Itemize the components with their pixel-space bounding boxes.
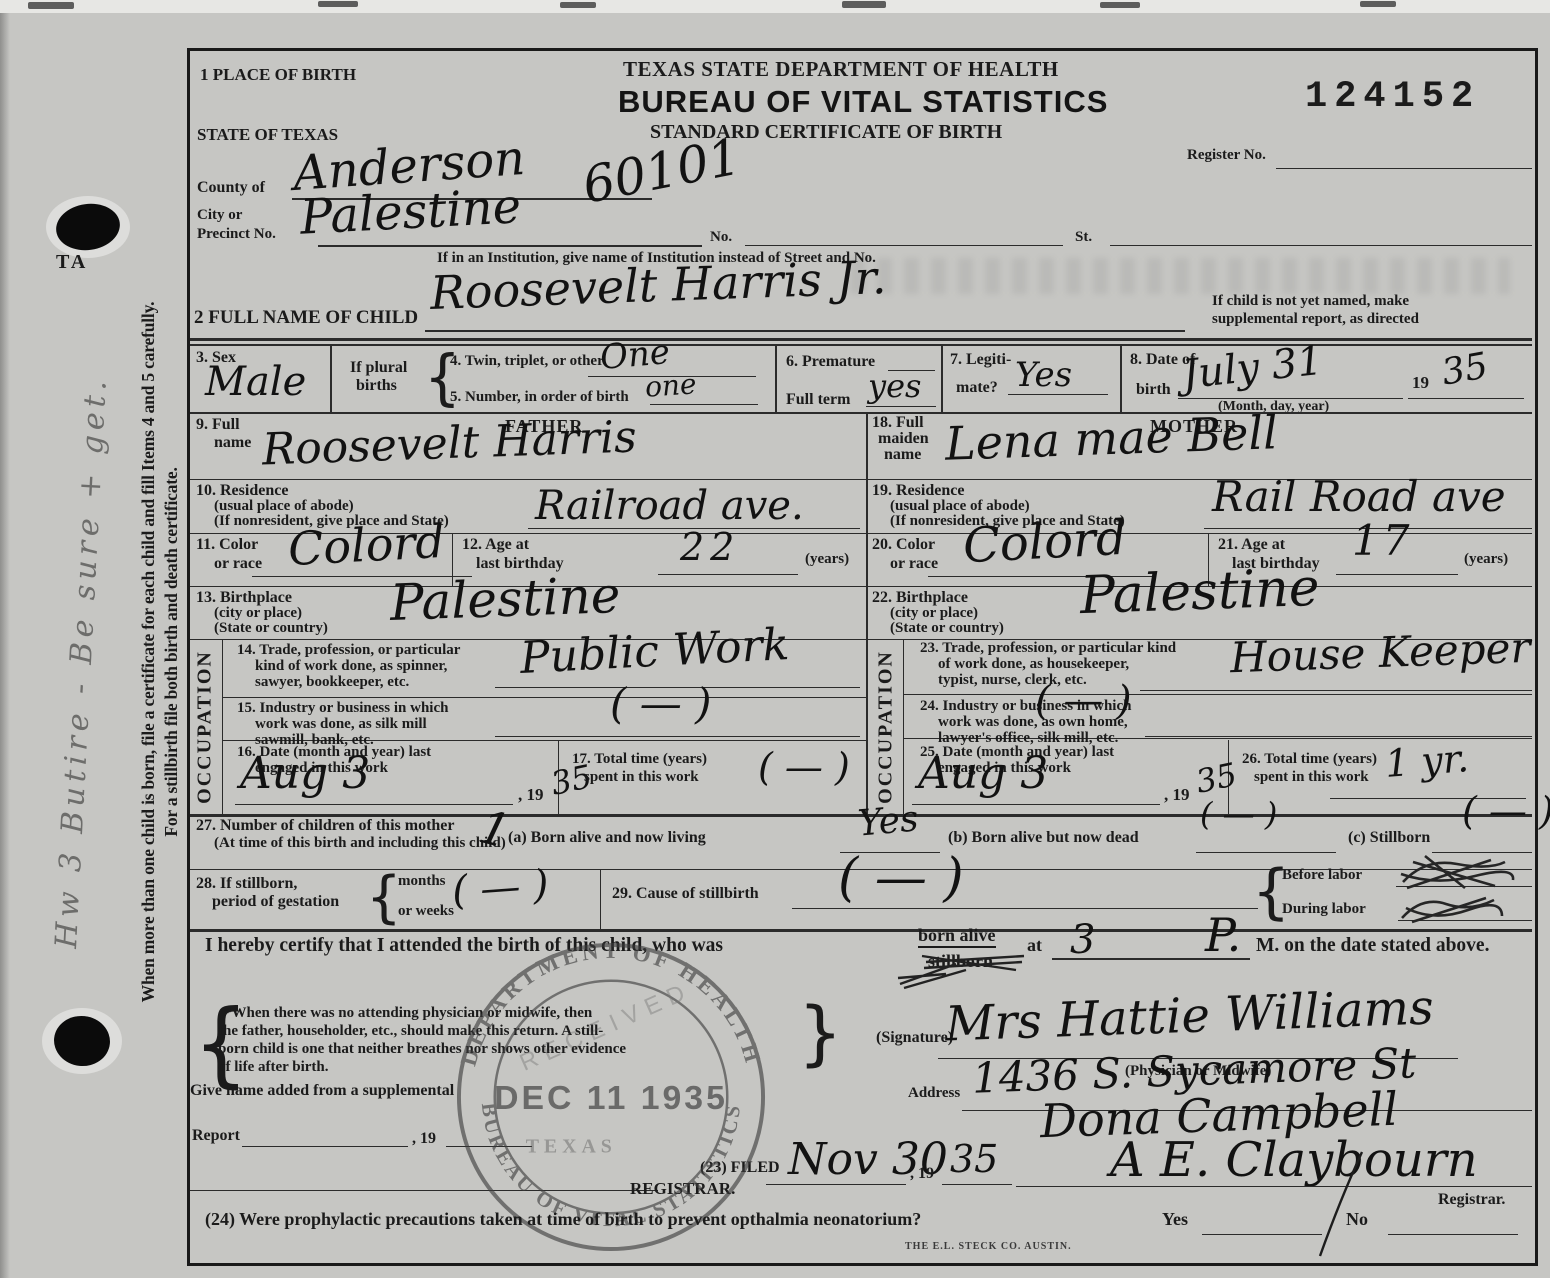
ink-ghost-band — [850, 258, 1510, 294]
father-residence-value: Railroad ave. — [535, 486, 804, 526]
dob-label-2: birth — [1136, 382, 1171, 399]
children-b-line — [1196, 852, 1336, 853]
children-b-value: ( — ) — [1200, 798, 1277, 830]
mother-birthplace-label-3: (State or country) — [890, 621, 1004, 637]
filed-line — [766, 1184, 906, 1185]
stamp-received-text: RECEIVED — [516, 977, 696, 1077]
full-term-line — [866, 406, 936, 407]
father-age-units: (years) — [805, 552, 849, 568]
cause-value: ( — ) — [838, 852, 964, 904]
mother-date-year-value: 35 — [1193, 758, 1239, 798]
father-age-label-1: 12. Age at — [462, 537, 529, 554]
pen-descender-stroke — [1310, 1150, 1370, 1260]
department-title: TEXAS STATE DEPARTMENT OF HEALTH — [623, 58, 1059, 80]
children-label-2: (At time of this birth and including thi… — [214, 836, 506, 852]
father-color-label-1: 11. Color — [196, 537, 258, 554]
street-label: St. — [1075, 230, 1092, 246]
father-color-label-2: or race — [214, 556, 262, 573]
father-total-label-2: spent in this work — [584, 770, 699, 786]
mother-occupation-label: OCCUPATION — [876, 650, 897, 804]
twin-label: 4. Twin, triplet, or other — [450, 354, 604, 370]
child-name-label: 2 FULL NAME OF CHILD — [194, 308, 418, 328]
house-no-line — [745, 245, 1063, 246]
mother-name-label-3: name — [884, 447, 921, 464]
q24-yes-label: Yes — [1162, 1210, 1188, 1229]
mother-residence-value: Rail Road ave — [1212, 476, 1506, 518]
mother-date-year-printed: , 19 — [1164, 786, 1190, 804]
occupation-strip-border-father — [222, 639, 223, 814]
father-occupation-label: OCCUPATION — [195, 650, 216, 804]
state-label: STATE OF TEXAS — [197, 126, 338, 144]
rule-row28-bottom — [190, 929, 1532, 932]
father-industry-value: ( — ) — [610, 683, 711, 725]
report-line — [242, 1146, 408, 1147]
city-value: Palestine — [299, 182, 522, 242]
dob-year-printed: 19 — [1412, 374, 1429, 392]
mother-total-label-2: spent in this work — [1254, 770, 1369, 786]
svg-text:DEPARTMENT OF HEALTH: DEPARTMENT OF HEALTH — [456, 938, 767, 1069]
legitimate-line — [1008, 394, 1108, 395]
edge-speck — [318, 1, 358, 7]
premature-label: 6. Premature — [786, 354, 875, 371]
before-labor-scribble — [1395, 852, 1535, 892]
scanner-left-shadow — [0, 13, 10, 1278]
rule-row3-bottom — [190, 412, 1532, 414]
children-a-value: Yes — [857, 801, 920, 842]
child-name-line — [425, 330, 1185, 332]
city-line — [318, 245, 702, 247]
edge-speck — [1100, 2, 1140, 8]
months-label: months — [398, 874, 446, 890]
father-name-value: Roosevelt Harris — [261, 415, 637, 472]
edge-speck — [560, 2, 596, 8]
signature-label: (Signature) — [876, 1030, 953, 1047]
mother-name-value: Lena mae Bell — [944, 409, 1278, 467]
hole-text-fragment: TA — [56, 252, 88, 273]
rule — [222, 697, 866, 698]
children-a-label: (a) Born alive and now living — [508, 830, 706, 847]
divider — [1120, 346, 1122, 413]
father-age-line — [658, 574, 798, 575]
edge-speck — [842, 1, 886, 8]
mother-total-label-1: 26. Total time (years) — [1242, 752, 1377, 768]
unnamed-note-1: If child is not yet named, make — [1212, 294, 1409, 310]
place-of-birth-label: 1 PLACE OF BIRTH — [200, 66, 356, 84]
rule — [903, 694, 1532, 695]
sex-value: Male — [205, 362, 306, 402]
mother-trade-label-2: of work done, as housekeeper, — [938, 657, 1129, 673]
before-labor-label: Before labor — [1282, 868, 1362, 884]
q24-no-label: No — [1346, 1210, 1368, 1229]
scanner-top-strip — [0, 0, 1550, 13]
mother-age-line — [1336, 574, 1458, 575]
full-term-value: yes — [868, 370, 921, 402]
father-name-label-1: 9. Full — [196, 417, 240, 434]
father-total-label-1: 17. Total time (years) — [572, 752, 707, 768]
father-color-value: Colord — [287, 518, 446, 572]
plural-label-1: If plural — [350, 360, 407, 377]
footnote-brace-close: } — [798, 998, 843, 1068]
meridiem-value: P. — [1205, 912, 1241, 958]
weeks-label: or weeks — [398, 904, 454, 920]
occupation-strip-border-mother — [903, 639, 904, 814]
edge-speck — [28, 2, 74, 9]
pencil-margin-note: Hw 3 Butire - Be sure + get. — [52, 375, 112, 949]
edge-speck — [1360, 1, 1396, 7]
legitimate-value: Yes — [1015, 358, 1072, 392]
father-date-value: Aug 3 — [240, 752, 370, 796]
report-label: Report — [192, 1128, 240, 1145]
stillborn-label-2: period of gestation — [212, 894, 339, 911]
report-year-printed: , 19 — [412, 1131, 436, 1148]
father-trade-label-1: 14. Trade, profession, or particular — [237, 643, 460, 659]
registrar-label: Registrar. — [1438, 1192, 1505, 1209]
order-line — [650, 404, 758, 405]
certify-statement-end: M. on the date stated above. — [1256, 936, 1489, 956]
legitimate-label-2: mate? — [956, 380, 998, 397]
q24-question: (24) Were prophylactic precautions taken… — [205, 1210, 921, 1229]
during-labor-label: During labor — [1282, 902, 1366, 918]
dob-year-value: 35 — [1439, 348, 1490, 391]
dob-year-line — [1408, 398, 1524, 399]
mother-date-value: Aug 3 — [918, 752, 1048, 796]
address-label: Address — [908, 1086, 960, 1102]
mother-date-line — [912, 804, 1160, 805]
mother-industry-line — [1145, 736, 1532, 737]
plural-label-2: births — [356, 378, 397, 395]
stamp-date-text: DEC 11 1935 — [494, 1079, 728, 1117]
county-label: County of — [197, 180, 265, 197]
mother-color-label-2: or race — [890, 556, 938, 573]
at-label: at — [1027, 936, 1042, 955]
children-c-label: (c) Stillborn — [1348, 830, 1430, 847]
full-term-label: Full term — [786, 392, 850, 409]
unnamed-note-2: supplemental report, as directed — [1212, 312, 1419, 328]
mother-birthplace-value: Palestine — [1079, 562, 1320, 622]
time-value: 3 — [1070, 920, 1095, 960]
supplemental-label: Give name added from a supplemental — [190, 1083, 454, 1100]
divider — [941, 346, 943, 413]
father-total-value: ( — ) — [758, 748, 850, 786]
mother-age-units: (years) — [1464, 552, 1508, 568]
mother-total-value: 1 yr. — [1384, 739, 1470, 783]
children-c-value: ( — ) — [1462, 792, 1550, 830]
birth-certificate-scan: TA Hw 3 Butire - Be sure + get. When mor… — [0, 0, 1550, 1278]
margin-instruction-2: For a stillbirth file both birth and dea… — [162, 467, 180, 836]
margin-instruction-1: When more than one child is born, file a… — [139, 302, 157, 1003]
mother-age-label-1: 21. Age at — [1218, 537, 1285, 554]
mother-industry-value: ( — ) — [1035, 681, 1132, 721]
legitimate-label-1: 7. Legiti- — [950, 352, 1011, 369]
stamp-state-text: TEXAS — [526, 1136, 617, 1158]
precinct-label: Precinct No. — [197, 227, 276, 243]
mother-trade-line — [1140, 690, 1532, 691]
stamp-arc-top: DEPARTMENT OF HEALTH — [456, 938, 767, 1069]
double-rule-2 — [190, 344, 1532, 346]
father-trade-label-2: kind of work done, as spinner, — [255, 659, 447, 675]
during-labor-scribble — [1398, 892, 1518, 926]
registrar-line — [1016, 1186, 1532, 1187]
divider — [775, 346, 777, 413]
divider-28-29 — [600, 870, 601, 930]
register-line — [1276, 168, 1532, 169]
father-date-year-printed: , 19 — [518, 786, 544, 804]
double-rule-1 — [190, 338, 1532, 341]
footnote-line-4: of life after birth. — [218, 1060, 329, 1076]
q24-no-line — [1388, 1234, 1518, 1235]
certificate-number: 124152 — [1305, 78, 1480, 117]
father-trade-label-3: sawyer, bookkeeper, etc. — [255, 675, 409, 691]
father-industry-line — [495, 736, 860, 737]
father-name-label-2: name — [214, 435, 251, 452]
cause-label: 29. Cause of stillbirth — [612, 886, 759, 903]
stillborn-label-1: 28. If stillborn, — [196, 876, 297, 893]
father-birthplace-label-3: (State or country) — [214, 621, 328, 637]
father-age-value: 22 — [680, 528, 740, 566]
bureau-title: BUREAU OF VITAL STATISTICS — [618, 84, 1108, 120]
father-date-line — [235, 804, 513, 805]
stillborn-strikeout — [896, 944, 1046, 990]
printer-imprint: THE E.L. STECK CO. AUSTIN. — [905, 1242, 1072, 1253]
mother-color-value: Colord — [962, 514, 1128, 570]
mother-trade-label-1: 23. Trade, profession, or particular kin… — [920, 641, 1176, 657]
house-no-label: No. — [710, 230, 732, 246]
gestation-value: ( — ) — [451, 865, 550, 912]
filed-year-line — [942, 1184, 1012, 1185]
parent-divider — [866, 412, 868, 815]
city-label: City or — [197, 208, 242, 224]
order-value: one — [644, 370, 697, 402]
gestation-brace: { — [366, 870, 402, 926]
street-line — [1110, 245, 1532, 246]
filed-year-value: 35 — [950, 1140, 998, 1178]
children-label-1: 27. Number of children of this mother — [196, 818, 455, 835]
order-label: 5. Number, in order of birth — [450, 390, 629, 406]
mother-trade-value: House Keeper — [1229, 627, 1531, 679]
mother-age-value: 17 — [1352, 520, 1413, 562]
divider — [330, 346, 332, 413]
cause-line — [792, 908, 1258, 909]
father-industry-label-2: work was done, as silk mill — [255, 717, 427, 733]
filed-year-printed: , 19 — [910, 1166, 934, 1183]
register-label: Register No. — [1187, 148, 1266, 164]
registrar-name-value: A E. Claybourn — [1110, 1136, 1478, 1184]
q24-yes-line — [1202, 1234, 1322, 1235]
mother-color-label-1: 20. Color — [872, 537, 935, 554]
father-industry-label-1: 15. Industry or business in which — [237, 701, 448, 717]
father-birthplace-value: Palestine — [389, 570, 621, 628]
children-b-label: (b) Born alive but now dead — [948, 830, 1139, 847]
